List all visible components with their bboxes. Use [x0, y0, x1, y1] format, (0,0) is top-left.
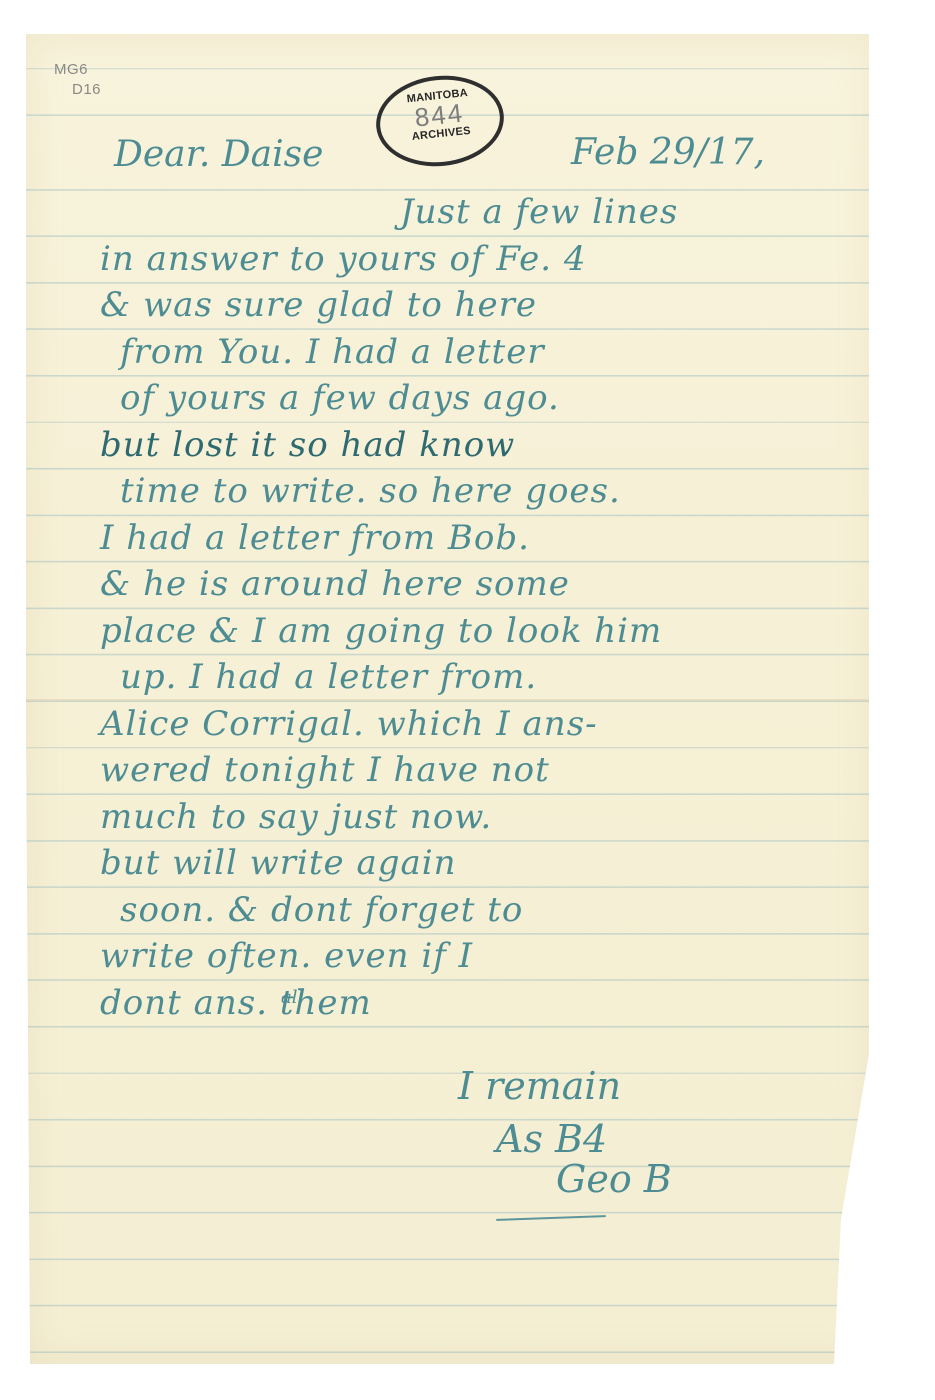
signature-line-1: As B4 [496, 1119, 672, 1159]
body-line: & was sure glad to here [100, 282, 870, 329]
body-line: wered tonight I have not [100, 747, 870, 794]
body-line: soon. & dont forget to [100, 887, 870, 934]
body-line: much to say just now. [100, 794, 870, 841]
body-line: time to write. so here goes. [100, 468, 870, 515]
archive-reference: MG6 D16 [54, 60, 101, 100]
letter-paper: MG6 D16 MANITOBA 844 ARCHIVES Dear. Dais… [26, 34, 876, 1364]
body-line: in answer to yours of Fe. 4 [100, 236, 870, 283]
body-line: from You. I had a letter [100, 329, 870, 376]
closing: I remain [458, 1064, 621, 1108]
salutation: Dear. Daise [114, 134, 323, 175]
body-line: Just a few lines [100, 189, 870, 236]
signature: As B4 Geo B [496, 1119, 672, 1199]
body-line: & he is around here some [100, 561, 870, 608]
body-line: but will write again [100, 840, 870, 887]
body-line: write often. even if I [100, 933, 870, 980]
body-line: up. I had a letter from. [100, 654, 870, 701]
body-line: but lost it so had know [100, 422, 870, 469]
body-line: of yours a few days ago. [100, 375, 870, 422]
body-line-text: dont ans. them [100, 983, 372, 1023]
body-line-last: dont ans. them [100, 980, 870, 1027]
letter-body: Just a few lines in answer to yours of F… [100, 189, 870, 1026]
signature-line-2: Geo B [496, 1159, 672, 1199]
insertion-all: all [281, 987, 303, 1008]
body-line: I had a letter from Bob. [100, 515, 870, 562]
body-line: place & I am going to look him [100, 608, 870, 655]
letter-date: Feb 29/17, [571, 132, 765, 173]
archive-ref-item: D16 [54, 80, 101, 100]
body-line: Alice Corrigal. which I ans- [100, 701, 870, 748]
archive-ref-collection: MG6 [54, 61, 88, 78]
